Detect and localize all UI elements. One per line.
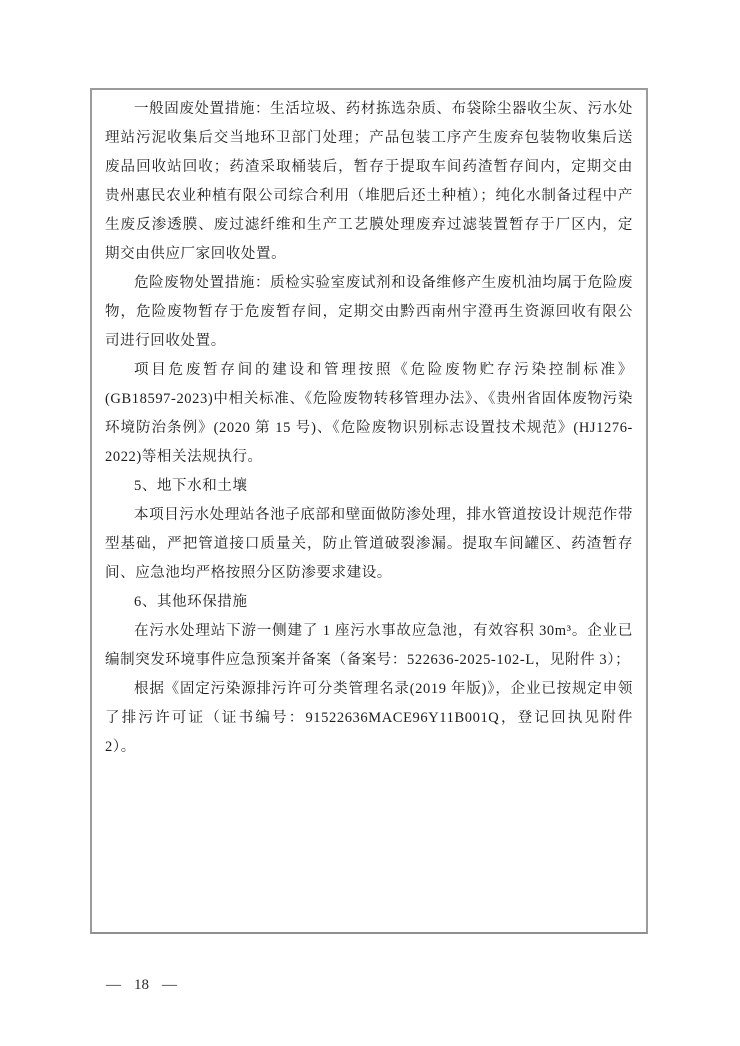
page-footer: —18— (106, 975, 177, 995)
paragraph-discharge-permit: 根据《固定污染源排污许可分类管理名录(2019 年版)》，企业已按规定申领了排污… (105, 675, 633, 762)
paragraph-general-solid-waste: 一般固废处置措施：生活垃圾、药材拣选杂质、布袋除尘器收尘灰、污水处理站污泥收集后… (105, 95, 633, 269)
heading-groundwater-soil: 5、地下水和土壤 (105, 472, 633, 501)
footer-dash-right: — (162, 975, 177, 995)
paragraph-hazwaste-regulations: 项目危废暂存间的建设和管理按照《危险废物贮存污染控制标准》(GB18597-20… (105, 356, 633, 472)
paragraph-groundwater-soil: 本项目污水处理站各池子底部和壁面做防渗处理，排水管道按设计规范作带型基础，严把管… (105, 501, 633, 588)
heading-other-measures: 6、其他环保措施 (105, 588, 633, 617)
paragraph-hazardous-waste: 危险废物处置措施：质检实验室废试剂和设备维修产生废机油均属于危险废物，危险废物暂… (105, 269, 633, 356)
page-number: 18 (134, 975, 149, 995)
footer-dash-left: — (106, 975, 121, 995)
document-page: 一般固废处置措施：生活垃圾、药材拣选杂质、布袋除尘器收尘灰、污水处理站污泥收集后… (0, 0, 740, 1046)
paragraph-emergency-pool: 在污水处理站下游一侧建了 1 座污水事故应急池，有效容积 30m³。企业已编制突… (105, 617, 633, 675)
content-border-box: 一般固废处置措施：生活垃圾、药材拣选杂质、布袋除尘器收尘灰、污水处理站污泥收集后… (90, 88, 648, 934)
